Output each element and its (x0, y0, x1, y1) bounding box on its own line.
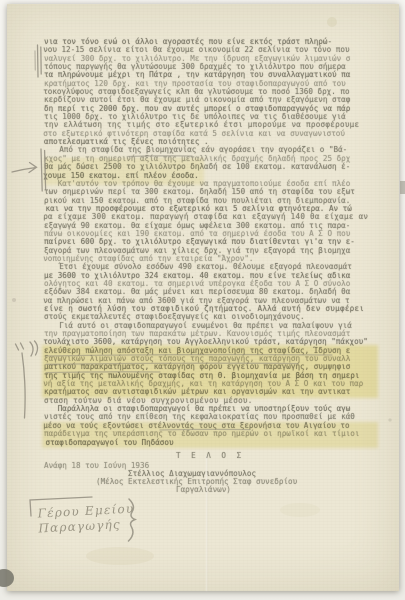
handwritten-margin-note: Γέρου Εμείου Παραγωγής (37, 501, 135, 536)
scanned-document-page: { "meta": { "kind": "scanned typewritten… (0, 0, 405, 600)
signature-role-2: Γαργαλιάνων) (176, 485, 231, 494)
typed-line: σταφιδοπαραγωγοί του Πηδάσου (46, 439, 384, 447)
end-mark: Τ Ε Λ Ο Σ (176, 451, 244, 460)
typed-text-block: νια τον τόνο ενώ οι άλλοι αγοραστές που … (44, 38, 382, 447)
